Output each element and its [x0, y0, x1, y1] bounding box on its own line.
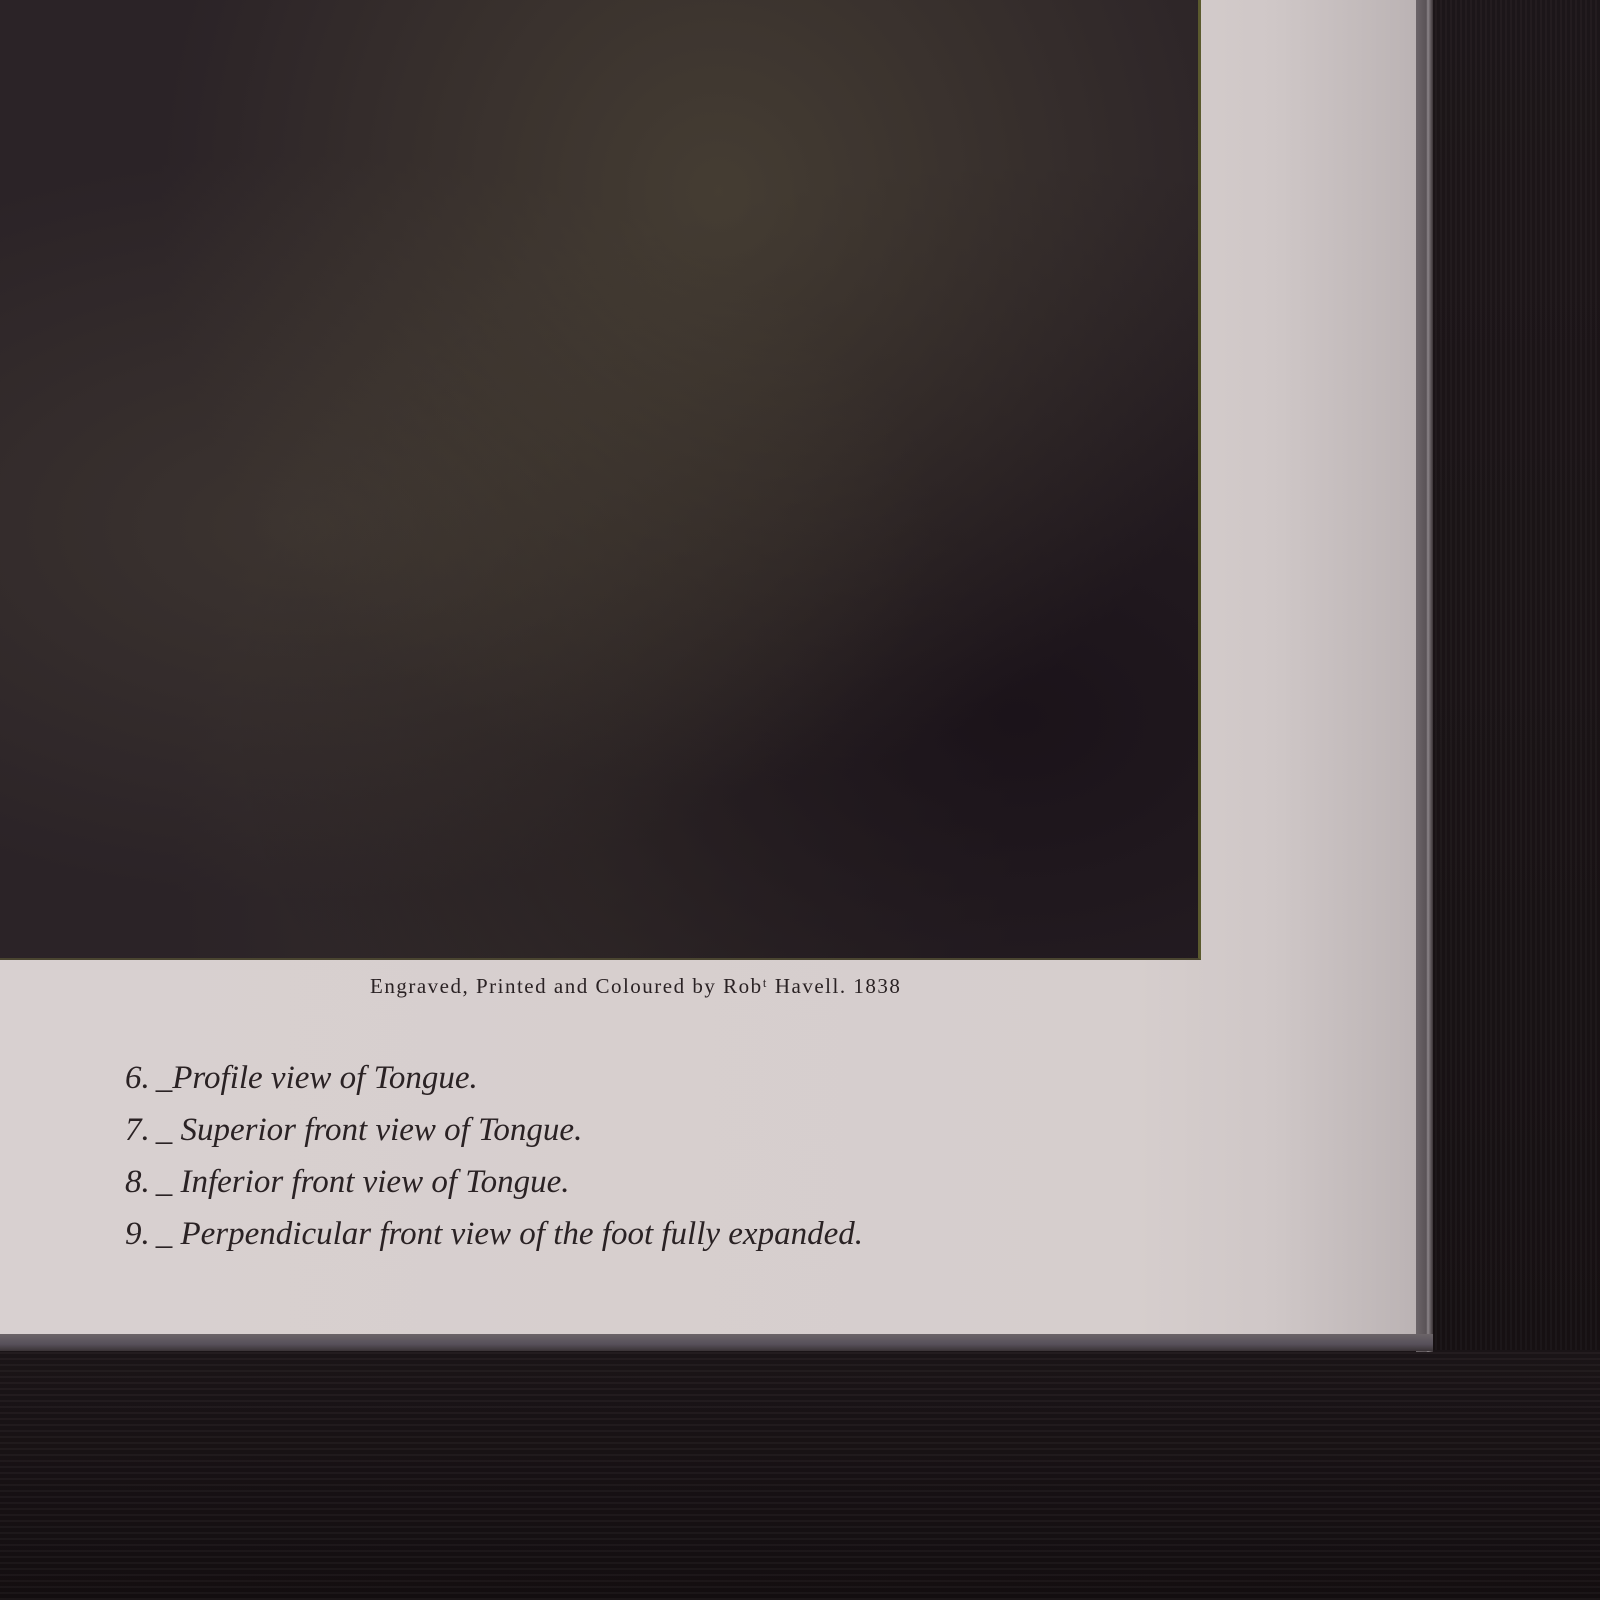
glass-edge-horizontal [0, 1334, 1433, 1351]
legend-text: _Profile view of Tongue. [156, 1060, 478, 1096]
engraver-credit: Engraved, Printed and Coloured by Robᵗ H… [370, 974, 1190, 999]
figure-legend: 6._Profile view of Tongue. 7._ Superior … [125, 1052, 863, 1260]
legend-item: 9._ Perpendicular front view of the foot… [125, 1208, 863, 1260]
legend-text: _ Inferior front view of Tongue. [156, 1164, 570, 1200]
legend-number: 8. [125, 1164, 150, 1200]
glass-edge-vertical [1416, 0, 1433, 1352]
legend-text: _ Perpendicular front view of the foot f… [156, 1216, 863, 1252]
legend-number: 6. [125, 1060, 150, 1096]
legend-number: 7. [125, 1112, 150, 1148]
legend-item: 6._Profile view of Tongue. [125, 1052, 863, 1104]
frame-bottom-rail [0, 1350, 1600, 1600]
legend-item: 7._ Superior front view of Tongue. [125, 1104, 863, 1156]
legend-item: 8._ Inferior front view of Tongue. [125, 1156, 863, 1208]
aquatint-plate-image [0, 0, 1201, 960]
print-paper: Engraved, Printed and Coloured by Robᵗ H… [0, 0, 1416, 1334]
legend-text: _ Superior front view of Tongue. [156, 1112, 583, 1148]
legend-number: 9. [125, 1216, 150, 1252]
